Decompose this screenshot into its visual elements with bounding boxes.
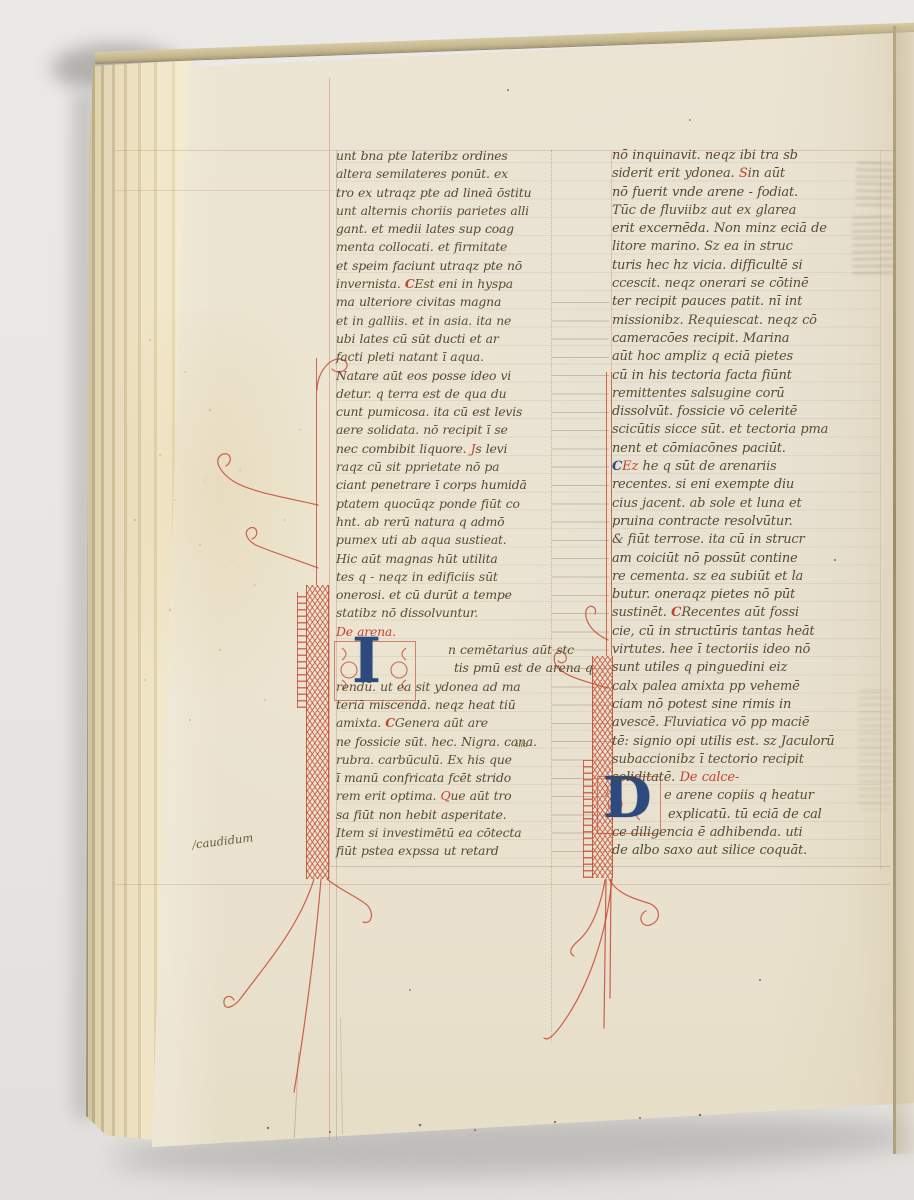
- text-line: cū in his tectoria facta fiūnt: [612, 367, 882, 385]
- text-line: virtutes. hee ī tectoriis ideo nō: [612, 641, 882, 659]
- text-segment-ink: aūt hoc ampliz q eciā pietes: [612, 349, 793, 364]
- text-segment-red: Ez: [622, 459, 638, 474]
- text-line: soliditatē. De calce-: [612, 769, 882, 787]
- text-line: raqz cū sit pprietate nō pa: [336, 458, 550, 476]
- text-line: rubra. carbūculū. Ex his que: [336, 751, 550, 769]
- text-segment-ink: ter recipit pauces patit. nī int: [612, 294, 802, 309]
- text-segment-ink: ciam nō potest sine rimis in: [612, 697, 791, 712]
- text-segment-ink: soliditatē.: [612, 770, 680, 785]
- manuscript-photo: I D unt bna pte lateribz ordinesaltera s…: [0, 0, 914, 1200]
- text-segment-ink: siderit erit ydonea.: [612, 166, 739, 181]
- text-segment-ink: ciant penetrare ī corps humidā: [336, 477, 527, 492]
- text-line: aūt hoc ampliz q eciā pietes: [612, 348, 882, 366]
- text-line: scicūtis sicce sūt. et tectoria pma: [612, 421, 882, 439]
- text-line: Hic aūt magnas hūt utilita: [336, 550, 550, 568]
- text-line: ter recipit pauces patit. nī int: [612, 293, 882, 311]
- text-segment-ink: rubra. carbūculū. Ex his que: [336, 752, 512, 767]
- text-line: invernista. CEst eni in hyspa: [336, 275, 550, 293]
- text-segment-ink: butur. oneraqz pietes nō pūt: [612, 587, 795, 602]
- text-line: turis hec hz vicia. difficultē si: [612, 257, 882, 275]
- text-segment-ink: raqz cū sit pprietate nō pa: [336, 459, 499, 474]
- text-line: cie, cū in structūris tantas heāt: [612, 623, 882, 641]
- text-line: rendū. ut ea sit ydonea ad ma: [336, 678, 550, 696]
- text-segment-ink: cū in his tectoria facta fiūnt: [612, 368, 792, 383]
- text-line: aere solidata. nō recipit ī se: [336, 421, 550, 439]
- text-segment-ink: fiūt pstea expssa ut retard: [336, 843, 499, 858]
- text-line: teriā miscendā. neqz heat tiū: [336, 696, 550, 714]
- text-segment-ink: ne fossicie sūt. hec. Nigra. cana.: [336, 734, 537, 749]
- text-line: detur. q terra est de qua du: [336, 385, 550, 403]
- text-line: et in galliis. et in asia. ita ne: [336, 312, 550, 330]
- text-segment-ink: avescē. Fluviatica vō pp maciē: [612, 715, 809, 730]
- text-segment-ink: ue aūt tro: [451, 788, 512, 803]
- text-line: ciam nō potest sine rimis in: [612, 696, 882, 714]
- text-segment-ink: Tūc de fluviibz aut ex glarea: [612, 203, 796, 218]
- text-line: gant. et medii lates sup coag: [336, 220, 550, 238]
- text-segment-ink: Item si investimētū ea cōtecta: [336, 825, 521, 840]
- text-line: statibz nō dissolvuntur.: [336, 604, 550, 622]
- text-line: onerosi. et cū durūt a tempe: [336, 586, 550, 604]
- text-segment-red: De arena.: [336, 624, 396, 639]
- text-segment-ink: ī manū confricata fcēt strido: [336, 770, 511, 785]
- text-segment-ink: gant. et medii lates sup coag: [336, 221, 514, 236]
- text-segment-ink: detur. q terra est de qua du: [336, 386, 506, 401]
- penwork-bulge-left: [297, 592, 307, 708]
- text-line: subaccionibz ī tectorio recipit: [612, 751, 882, 769]
- text-segment-ink: in aūt: [748, 166, 785, 181]
- text-line: et speim faciunt utraqz pte nō: [336, 257, 550, 275]
- text-segment-ink: aere solidata. nō recipit ī se: [336, 422, 508, 437]
- text-line: CEz he q sūt de arenariis: [612, 458, 882, 476]
- text-line: Natare aūt eos posse ideo vi: [336, 367, 550, 385]
- text-line: cunt pumicosa. ita cū est levis: [336, 403, 550, 421]
- text-line: rem erit optima. Que aūt tro: [336, 787, 550, 805]
- text-line: missionibz. Requiescat. neqz cō: [612, 312, 882, 330]
- text-line: ī manū confricata fcēt strido: [336, 769, 550, 787]
- text-segment-ink: sunt utiles q pinguedini eiz: [612, 660, 787, 675]
- text-segment-ink: amixta.: [336, 715, 385, 730]
- text-segment-ink: explicatū. tū eciā de cal: [668, 807, 822, 822]
- text-segment-ink: nō fuerit vnde arene - fodiat.: [612, 185, 798, 200]
- text-segment-ink: onerosi. et cū durūt a tempe: [336, 587, 512, 602]
- text-segment-ink: s levi: [475, 441, 507, 456]
- text-segment-red: Q: [441, 788, 451, 803]
- text-line: cameracōes recipit. Marina: [612, 330, 882, 348]
- text-line: amixta. CGenera aūt are: [336, 714, 550, 732]
- text-line: De arena.: [336, 623, 550, 641]
- text-segment-ink: erit excernēda. Non minz eciā de: [612, 221, 827, 236]
- text-segment-ink: ccescit. neqz onerari se cōtinē: [612, 276, 808, 291]
- text-line: fiūt pstea expssa ut retard: [336, 842, 550, 860]
- text-line: de albo saxo aut silice coquāt.: [612, 842, 882, 860]
- ghost-text-offset: [851, 216, 893, 279]
- text-line: ubi lates cū sūt ducti et ar: [336, 330, 550, 348]
- text-segment-blue: C: [612, 459, 622, 474]
- text-segment-ink: ma ulteriore civitas magna: [336, 294, 501, 309]
- text-segment-ink: facti pleti natant ī aqua.: [336, 349, 484, 364]
- text-segment-ink: Hic aūt magnas hūt utilita: [336, 551, 498, 566]
- ghost-text-offset: [856, 162, 894, 209]
- text-segment-ink: virtutes. hee ī tectoriis ideo nō: [612, 642, 810, 657]
- text-segment-ink: tis pmū est de arena q: [454, 660, 593, 675]
- text-segment-ink: e arene copiis q heatur: [664, 788, 814, 803]
- text-segment-ink: ce diligencia ē adhibenda. uti: [612, 825, 803, 840]
- text-line: n cemētarius aūt stc: [336, 641, 550, 659]
- text-column-left: unt bna pte lateribz ordinesaltera semil…: [336, 147, 550, 861]
- text-segment-ink: recentes. si eni exempte diu: [612, 477, 794, 492]
- text-line: ce diligencia ē adhibenda. uti: [612, 824, 882, 842]
- text-segment-ink: sustinēt.: [612, 605, 671, 620]
- text-line: & fiūt terrose. ita cū in strucr: [612, 531, 882, 549]
- penwork-bulge-right: [583, 760, 593, 878]
- text-segment-ink: nec combibit liquore.: [336, 441, 471, 456]
- text-line: am coiciūt nō possūt contine: [612, 550, 882, 568]
- text-segment-ink: Recentes aūt fossi: [681, 605, 799, 620]
- text-line: nō inquinavit. neqz ibi tra sb: [612, 147, 882, 165]
- text-segment-ink: unt alternis choriis parietes alli: [336, 203, 529, 218]
- text-segment-ink: ubi lates cū sūt ducti et ar: [336, 331, 499, 346]
- text-line: Item si investimētū ea cōtecta: [336, 824, 550, 842]
- text-segment-ink: rendū. ut ea sit ydonea ad ma: [336, 679, 520, 694]
- text-line: unt alternis choriis parietes alli: [336, 202, 550, 220]
- text-line: remittentes salsugine corū: [612, 385, 882, 403]
- text-segment-ink: cameracōes recipit. Marina: [612, 331, 789, 346]
- text-line: hnt. ab rerū natura q admō: [336, 513, 550, 531]
- text-segment-ink: he q sūt de arenariis: [638, 459, 776, 474]
- text-segment-pilc: C: [405, 276, 415, 291]
- text-column-right: nō inquinavit. neqz ibi tra sbsiderit er…: [612, 147, 882, 861]
- text-line: pumex uti ab aqua sustieat.: [336, 531, 550, 549]
- text-segment-ink: missionibz. Requiescat. neqz cō: [612, 313, 817, 328]
- text-segment-red: S: [739, 166, 748, 181]
- ghost-text-offset: [858, 690, 891, 810]
- text-segment-ink: et speim faciunt utraqz pte nō: [336, 258, 522, 273]
- interlinear-gloss: illa: [516, 740, 528, 749]
- text-segment-ink: pruina contracte resolvūtur.: [612, 514, 793, 529]
- text-segment-ink: nent et cōmiacōnes paciūt.: [612, 441, 786, 456]
- text-line: nec combibit liquore. Js levi: [336, 440, 550, 458]
- text-segment-ink: turis hec hz vicia. difficultē si: [612, 258, 802, 273]
- text-line: altera semilateres ponūt. ex: [336, 165, 550, 183]
- text-segment-ink: rem erit optima.: [336, 788, 441, 803]
- text-line: nent et cōmiacōnes paciūt.: [612, 440, 882, 458]
- text-segment-ink: calx palea amixta pp vehemē: [612, 679, 800, 694]
- text-segment-ink: ptatem quocūqz ponde fiūt co: [336, 496, 520, 511]
- text-line: ma ulteriore civitas magna: [336, 293, 550, 311]
- text-segment-ink: litore marino. Sz ea in struc: [612, 239, 793, 254]
- text-line: ciant penetrare ī corps humidā: [336, 476, 550, 494]
- text-line: tē: signio opi utilis est. sz Jaculorū: [612, 733, 882, 751]
- text-segment-ink: teriā miscendā. neqz heat tiū: [336, 697, 516, 712]
- text-segment-pilc: C: [671, 605, 681, 620]
- text-segment-ink: de albo saxo aut silice coquāt.: [612, 843, 807, 858]
- text-segment-ink: dissolvūt. fossicie vō celeritē: [612, 404, 797, 419]
- text-segment-pilc: C: [385, 715, 395, 730]
- penwork-band-left: [306, 585, 329, 879]
- text-segment-ink: re cementa. sz ea subiūt et la: [612, 569, 803, 584]
- text-segment-ink: & fiūt terrose. ita cū in strucr: [612, 532, 805, 547]
- text-segment-ink: remittentes salsugine corū: [612, 386, 784, 401]
- text-line: sustinēt. CRecentes aūt fossi: [612, 604, 882, 622]
- text-line: menta collocati. et firmitate: [336, 238, 550, 256]
- text-line: Tūc de fluviibz aut ex glarea: [612, 202, 882, 220]
- text-line: sunt utiles q pinguedini eiz: [612, 659, 882, 677]
- text-line: pruina contracte resolvūtur.: [612, 513, 882, 531]
- text-line: dissolvūt. fossicie vō celeritē: [612, 403, 882, 421]
- text-segment-ink: altera semilateres ponūt. ex: [336, 166, 508, 181]
- text-line: cius jacent. ab sole et luna et: [612, 495, 882, 513]
- text-segment-ink: am coiciūt nō possūt contine: [612, 551, 798, 566]
- text-segment-ink: n cemētarius aūt stc: [448, 642, 574, 657]
- text-line: re cementa. sz ea subiūt et la: [612, 568, 882, 586]
- text-line: recentes. si eni exempte diu: [612, 476, 882, 494]
- text-segment-ink: cunt pumicosa. ita cū est levis: [336, 404, 522, 419]
- text-segment-ink: pumex uti ab aqua sustieat.: [336, 532, 507, 547]
- text-segment-ink: statibz nō dissolvuntur.: [336, 605, 478, 620]
- text-segment-ink: Genera aūt are: [395, 715, 488, 730]
- text-segment-ink: hnt. ab rerū natura q admō: [336, 514, 504, 529]
- text-segment-ink: cius jacent. ab sole et luna et: [612, 496, 801, 511]
- text-segment-red: De calce-: [680, 770, 740, 785]
- text-line: explicatū. tū eciā de cal: [612, 806, 882, 824]
- text-segment-ink: sa fiūt non hebit asperitate.: [336, 807, 506, 822]
- text-line: erit excernēda. Non minz eciā de: [612, 220, 882, 238]
- text-line: avescē. Fluviatica vō pp maciē: [612, 714, 882, 732]
- text-line: tes q - neqz in edificiis sūt: [336, 568, 550, 586]
- text-line: unt bna pte lateribz ordines: [336, 147, 550, 165]
- text-line: facti pleti natant ī aqua.: [336, 348, 550, 366]
- text-line: ccescit. neqz onerari se cōtinē: [612, 275, 882, 293]
- text-line: e arene copiis q heatur: [612, 787, 882, 805]
- text-line: butur. oneraqz pietes nō pūt: [612, 586, 882, 604]
- text-segment-ink: invernista.: [336, 276, 405, 291]
- text-segment-ink: tē: signio opi utilis est. sz Jaculorū: [612, 734, 834, 749]
- text-line: ptatem quocūqz ponde fiūt co: [336, 495, 550, 513]
- text-line: tro ex utraqz pte ad lineā ōstitu: [336, 184, 550, 202]
- text-segment-ink: Est eni in hyspa: [415, 276, 513, 291]
- text-segment-ink: scicūtis sicce sūt. et tectoria pma: [612, 422, 828, 437]
- text-line: litore marino. Sz ea in struc: [612, 238, 882, 256]
- text-line: calx palea amixta pp vehemē: [612, 678, 882, 696]
- text-line: siderit erit ydonea. Sin aūt: [612, 165, 882, 183]
- text-segment-ink: cie, cū in structūris tantas heāt: [612, 624, 814, 639]
- penwork-line-left: [316, 358, 319, 585]
- text-segment-ink: Natare aūt eos posse ideo vi: [336, 368, 511, 383]
- text-segment-ink: unt bna pte lateribz ordines: [336, 148, 508, 163]
- text-line: nō fuerit vnde arene - fodiat.: [612, 184, 882, 202]
- text-segment-ink: menta collocati. et firmitate: [336, 239, 507, 254]
- text-segment-ink: et in galliis. et in asia. ita ne: [336, 313, 511, 328]
- text-segment-ink: tes q - neqz in edificiis sūt: [336, 569, 498, 584]
- text-segment-ink: nō inquinavit. neqz ibi tra sb: [612, 148, 798, 163]
- text-segment-ink: tro ex utraqz pte ad lineā ōstitu: [336, 185, 531, 200]
- text-line: tis pmū est de arena q: [336, 659, 550, 677]
- text-segment-ink: subaccionibz ī tectorio recipit: [612, 752, 804, 767]
- text-line: sa fiūt non hebit asperitate.: [336, 806, 550, 824]
